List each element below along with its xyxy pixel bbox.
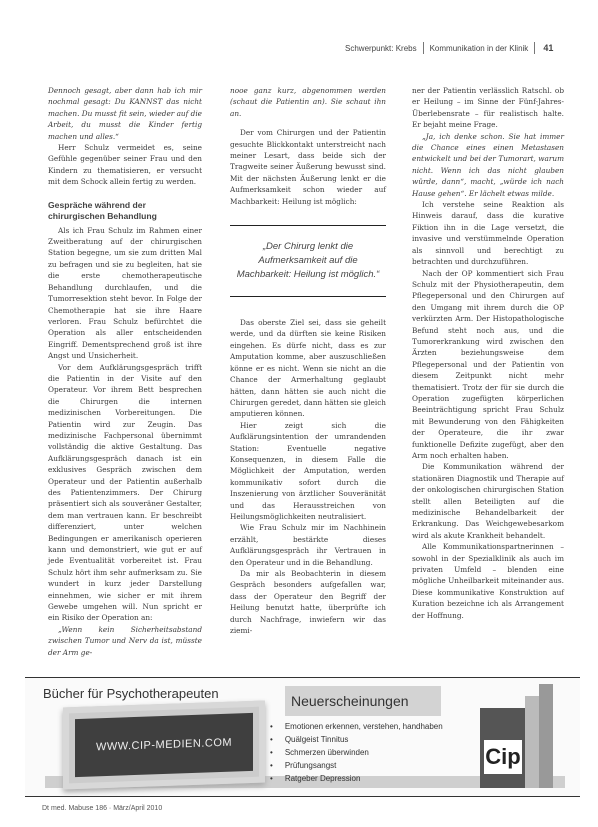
article-column-3: ner der Patientin verlässlich Ratschl. o…	[412, 85, 564, 621]
body-paragraph: Herr Schulz vermeidet es, seine Gefühle …	[48, 142, 202, 188]
header-topic: Kommunikation in der Klinik	[430, 44, 529, 53]
body-paragraph: ner der Patientin verlässlich Ratschl. o…	[412, 85, 564, 131]
ad-books-graphic: Cip	[480, 678, 560, 790]
ad-book-item: Ratgeber Depression	[270, 772, 443, 785]
body-paragraph: Der vom Chirurgen und der Patientin gesu…	[230, 127, 386, 207]
ad-book-item: Prüfungsangst	[270, 759, 443, 772]
article-column-1: Dennoch gesagt, aber dann hab ich mir no…	[48, 85, 202, 658]
header-section: Schwerpunkt: Krebs	[345, 44, 417, 53]
quote-paragraph: „Wenn kein Sicherheitsabstand zwischen T…	[48, 624, 202, 658]
cip-logo-icon: Cip	[484, 740, 522, 774]
body-paragraph: Die Kommunikation während der stationäre…	[412, 461, 564, 541]
ad-monitor-graphic: WWW.CIP-MEDIEN.COM	[63, 700, 265, 789]
ad-book-item: Quälgeist Tinnitus	[270, 733, 443, 746]
body-paragraph: Vor dem Aufklärungsgespräch trifft die P…	[48, 362, 202, 624]
body-paragraph: Nach der OP kommentiert sich Frau Schulz…	[412, 268, 564, 462]
quote-paragraph: Dennoch gesagt, aber dann hab ich mir no…	[48, 85, 202, 142]
ad-book-list: Emotionen erkennen, verstehen, handhaben…	[270, 720, 443, 785]
pull-quote: „Der Chirurg lenkt die Aufmerksamkeit au…	[230, 225, 386, 297]
book-spine-icon	[525, 696, 539, 788]
page-footer: Dt med. Mabuse 186 · März/April 2010	[42, 805, 162, 812]
header-divider	[423, 42, 424, 54]
body-paragraph: Hier zeigt sich die Aufklärungsintention…	[230, 420, 386, 523]
ad-website-link[interactable]: WWW.CIP-MEDIEN.COM	[75, 713, 253, 777]
book-spine-icon	[539, 684, 553, 788]
section-subheading: Gespräche während der chirurgischen Beha…	[48, 200, 202, 222]
body-paragraph: Als ich Frau Schulz im Rahmen einer Zwei…	[48, 225, 202, 362]
body-paragraph: Ich verstehe seine Reaktion als Hinweis …	[412, 199, 564, 267]
ad-book-item: Schmerzen überwinden	[270, 746, 443, 759]
quote-paragraph: „Ja, ich denke schon. Sie hat immer die …	[412, 131, 564, 199]
body-paragraph: Alle Kommunikationspartnerinnen – sowohl…	[412, 541, 564, 621]
ad-book-item: Emotionen erkennen, verstehen, handhaben	[270, 720, 443, 733]
body-paragraph: Da mir als Beobachterin in diesem Gesprä…	[230, 568, 386, 636]
header-divider	[534, 42, 535, 54]
ad-title: Bücher für Psychotherapeuten	[43, 686, 219, 701]
article-column-2: nooe ganz kurz, abgenommen werden (schau…	[230, 85, 386, 636]
ad-new-releases-heading: Neuerscheinungen	[285, 686, 441, 716]
body-paragraph: Das oberste Ziel sei, dass sie geheilt w…	[230, 317, 386, 420]
page-number: 41	[543, 43, 553, 53]
running-header: Schwerpunkt: Krebs Kommunikation in der …	[345, 40, 575, 56]
body-paragraph: Wie Frau Schulz mir im Nachhinein erzähl…	[230, 522, 386, 568]
advertisement-banner[interactable]: Bücher für Psychotherapeuten WWW.CIP-MED…	[25, 677, 580, 797]
quote-paragraph: nooe ganz kurz, abgenommen werden (schau…	[230, 85, 386, 119]
